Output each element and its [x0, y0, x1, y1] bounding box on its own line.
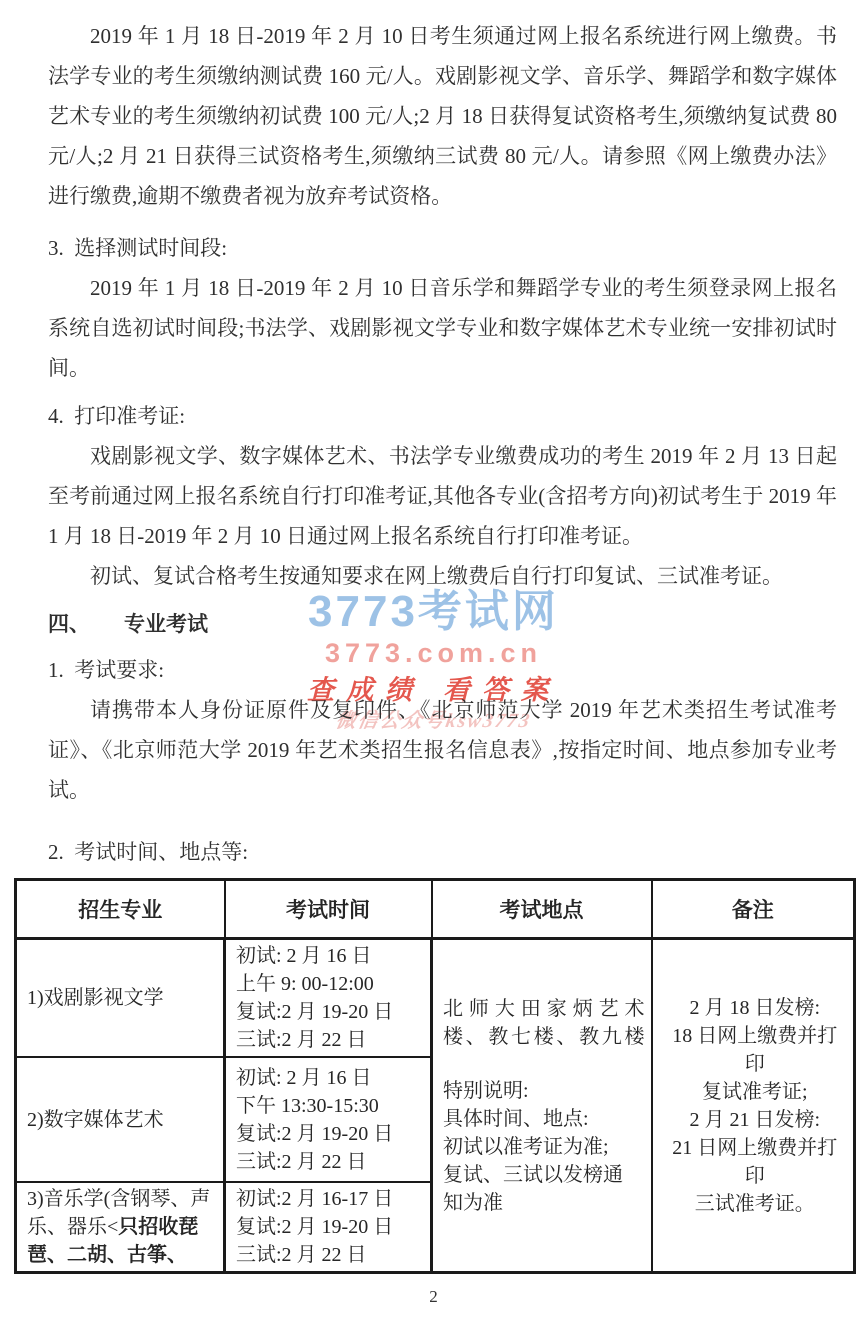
- table-row: 1)戏剧影视文学 初试: 2 月 16 日 上午 9: 00-12:00 复试:…: [16, 939, 855, 1058]
- paragraph-print-1: 戏剧影视文学、数字媒体艺术、书法学专业缴费成功的考生 2019 年 2 月 13…: [48, 436, 837, 556]
- header-exam-time: 考试时间: [225, 880, 432, 939]
- paragraph-payment: 2019 年 1 月 18 日-2019 年 2 月 10 日考生须通过网上报名…: [48, 16, 837, 216]
- page-number: 2: [0, 1287, 867, 1307]
- header-remark: 备注: [652, 880, 855, 939]
- time-cell-drama: 初试: 2 月 16 日 上午 9: 00-12:00 复试:2 月 19-20…: [225, 939, 432, 1058]
- major-cell-digital-media: 2)数字媒体艺术: [16, 1057, 225, 1182]
- item-2-label: 2. 考试时间、地点等:: [48, 832, 837, 872]
- location-note: 特别说明: 具体时间、地点: 初试以准考证为准; 复试、三试以发榜通 知为准: [443, 1077, 645, 1217]
- table-header-row: 招生专业 考试时间 考试地点 备注: [16, 880, 855, 939]
- document-page: 3773考试网 3773.com.cn 查成绩 看答案 微信公众号ksw3773…: [0, 0, 867, 1317]
- paragraph-requirement: 请携带本人身份证原件及复印件、《北京师范大学 2019 年艺术类招生考试准考证》…: [48, 690, 837, 810]
- remark-cell: 2 月 18 日发榜: 18 日网上缴费并打印 复试准考证; 2 月 21 日发…: [652, 939, 855, 1273]
- paragraph-print-2: 初试、复试合格考生按通知要求在网上缴费后自行打印复试、三试准考证。: [48, 556, 837, 596]
- exam-schedule-table: 招生专业 考试时间 考试地点 备注 1)戏剧影视文学 初试: 2 月 16 日 …: [14, 878, 856, 1274]
- header-major: 招生专业: [16, 880, 225, 939]
- section-4-heading: 四、专业考试: [48, 604, 837, 644]
- header-exam-location: 考试地点: [432, 880, 652, 939]
- time-cell-music: 初试:2 月 16-17 日 复试:2 月 19-20 日 三试:2 月 22 …: [225, 1182, 432, 1273]
- document-content: 2019 年 1 月 18 日-2019 年 2 月 10 日考生须通过网上报名…: [0, 0, 867, 1274]
- location-building: 北师大田家炳艺术 楼、教七楼、教九楼: [443, 995, 645, 1051]
- major-cell-drama: 1)戏剧影视文学: [16, 939, 225, 1058]
- section-4-title: 专业考试: [124, 612, 208, 636]
- item-4-label: 4. 打印准考证:: [48, 396, 837, 436]
- location-cell: 北师大田家炳艺术 楼、教七楼、教九楼 特别说明: 具体时间、地点: 初试以准考证…: [432, 939, 652, 1273]
- section-4-number: 四、: [48, 612, 90, 636]
- item-3-label: 3. 选择测试时间段:: [48, 228, 837, 268]
- time-cell-digital-media: 初试: 2 月 16 日 下午 13:30-15:30 复试:2 月 19-20…: [225, 1057, 432, 1182]
- item-1-label: 1. 考试要求:: [48, 650, 837, 690]
- paragraph-timeslot: 2019 年 1 月 18 日-2019 年 2 月 10 日音乐学和舞蹈学专业…: [48, 268, 837, 388]
- major-cell-music: 3)音乐学(含钢琴、声乐、器乐<只招收琵琶、二胡、古筝、: [16, 1182, 225, 1273]
